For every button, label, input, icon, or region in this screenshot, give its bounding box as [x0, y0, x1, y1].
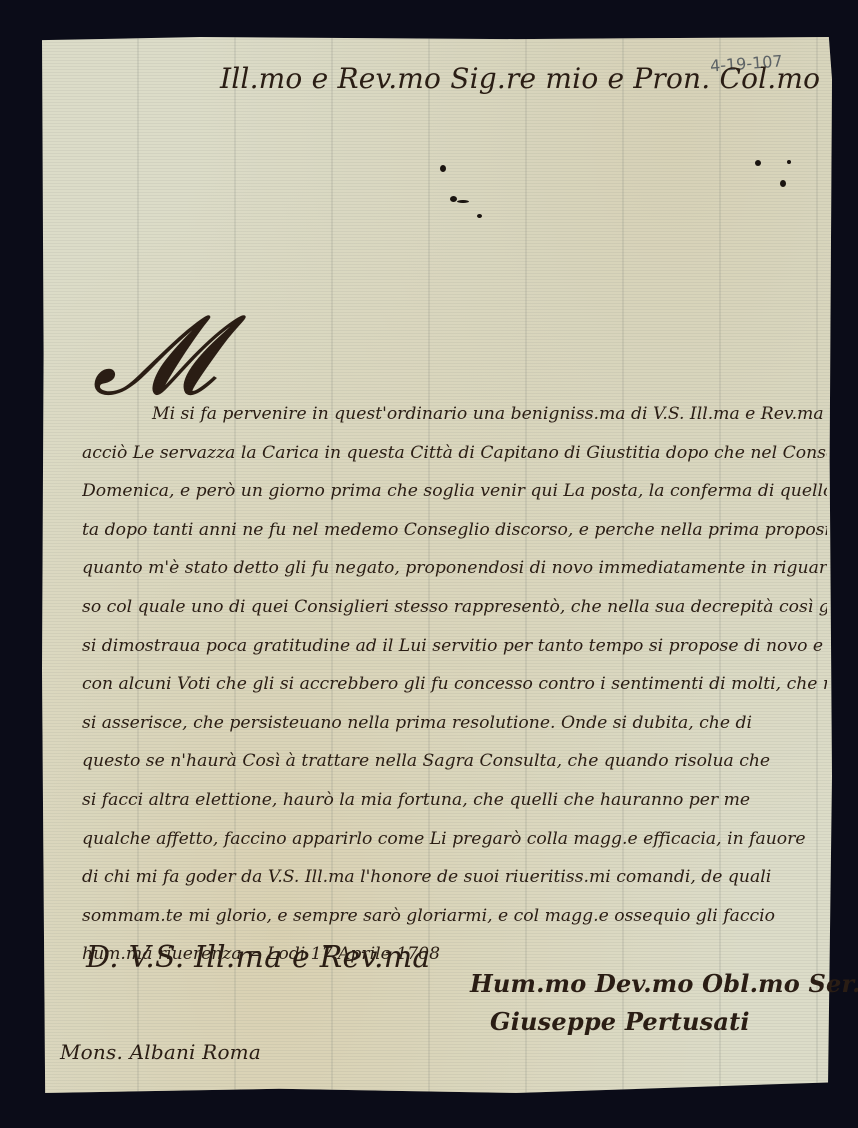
- body-line: so col quale uno di quei Consiglieri ste…: [82, 588, 827, 627]
- signature-line: Hum.mo Dev.mo Obl.mo Ser.re Vero: [470, 965, 858, 1003]
- closing-salutation: D. V.S. Ill.ma e Rev.ma: [86, 940, 431, 975]
- ink-blot: [450, 196, 457, 202]
- body-line: sommam.te mi glorio, e sempre sarò glori…: [82, 897, 827, 936]
- body-line: di chi mi fa goder da V.S. Ill.ma l'hono…: [82, 858, 827, 897]
- salutation: Ill.mo e Rev.mo Sig.re mio e Pron. Col.m…: [220, 62, 820, 95]
- decorative-initial: 𝓜: [92, 300, 215, 410]
- addressee: Mons. Albani Roma: [60, 1040, 261, 1064]
- ink-blot: [780, 180, 786, 187]
- ink-blot: [477, 214, 482, 218]
- body-line: questo se n'haurà Così à trattare nella …: [82, 742, 827, 781]
- body-line: ta dopo tanti anni ne fu nel medemo Cons…: [82, 511, 827, 550]
- body-line: Domenica, e però un giorno prima che sog…: [82, 472, 827, 511]
- ink-blot: [457, 200, 469, 203]
- ink-blot: [440, 165, 446, 172]
- signature-name: Giuseppe Pertusati: [470, 1003, 858, 1041]
- body-line: acciò Le servazza la Carica in questa Ci…: [82, 434, 827, 473]
- body-line: si dimostraua poca gratitudine ad il Lui…: [82, 627, 827, 666]
- signature-block: Hum.mo Dev.mo Obl.mo Ser.re Vero Giusepp…: [470, 965, 858, 1041]
- body-line: si facci altra elettione, haurò la mia f…: [82, 781, 827, 820]
- scanned-document: 4-19-107 Ill.mo e Rev.mo Sig.re mio e Pr…: [0, 0, 858, 1128]
- ink-blot: [755, 160, 761, 166]
- body-line: quanto m'è stato detto gli fu negato, pr…: [82, 549, 827, 588]
- body-line: qualche affetto, faccino apparirlo come …: [82, 820, 827, 859]
- body-line: Mi si fa pervenire in quest'ordinario un…: [82, 395, 827, 434]
- letter-body: Mi si fa pervenire in quest'ordinario un…: [82, 395, 827, 974]
- ink-blot: [787, 160, 791, 164]
- body-line: si asserisce, che persisteuano nella pri…: [82, 704, 827, 743]
- body-line: con alcuni Voti che gli si accrebbero gl…: [82, 665, 827, 704]
